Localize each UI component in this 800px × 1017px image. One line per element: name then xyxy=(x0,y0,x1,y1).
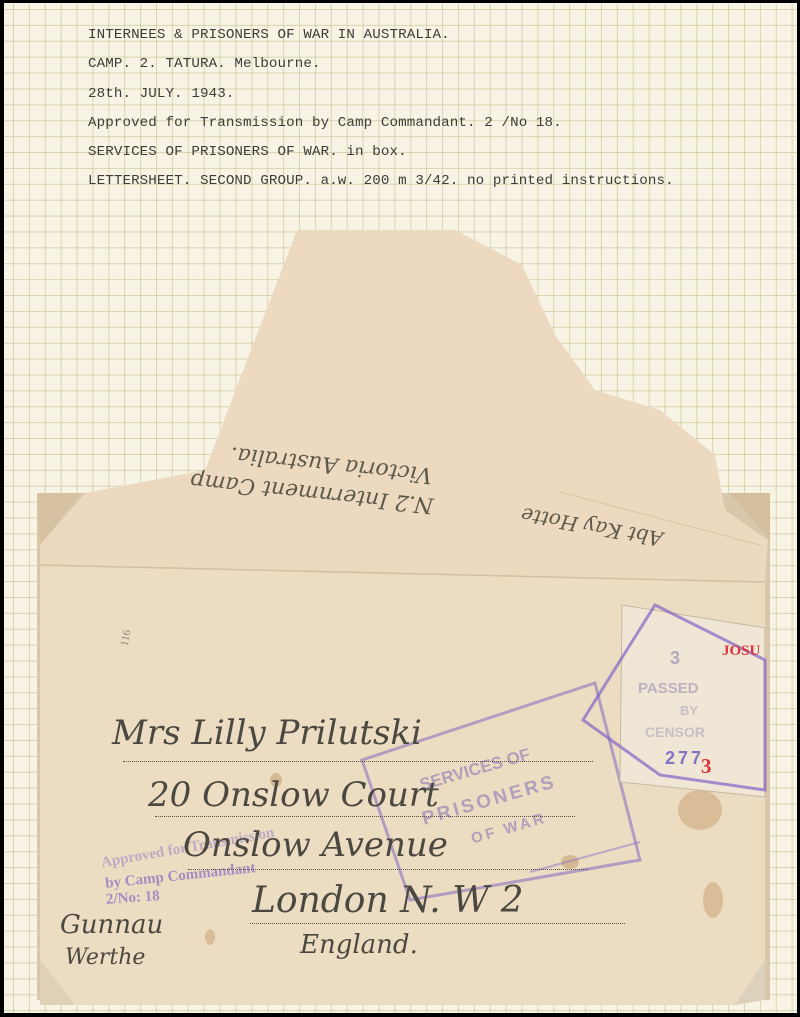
note-line-title: INTERNEES & PRISONERS OF WAR IN AUSTRALI… xyxy=(88,21,674,50)
album-page: INTERNEES & PRISONERS OF WAR IN AUSTRALI… xyxy=(4,3,797,1013)
note-line-camp: CAMP. 2. TATURA. Melbourne. xyxy=(88,50,674,79)
note-line-approval: Approved for Transmission by Camp Comman… xyxy=(88,109,674,138)
note-line-services: SERVICES OF PRISONERS OF WAR. in box. xyxy=(88,138,674,167)
note-line-lettersheet: LETTERSHEET. SECOND GROUP. a.w. 200 m 3/… xyxy=(88,167,674,196)
note-line-date: 28th. JULY. 1943. xyxy=(88,80,674,109)
typed-description: INTERNEES & PRISONERS OF WAR IN AUSTRALI… xyxy=(88,21,674,197)
